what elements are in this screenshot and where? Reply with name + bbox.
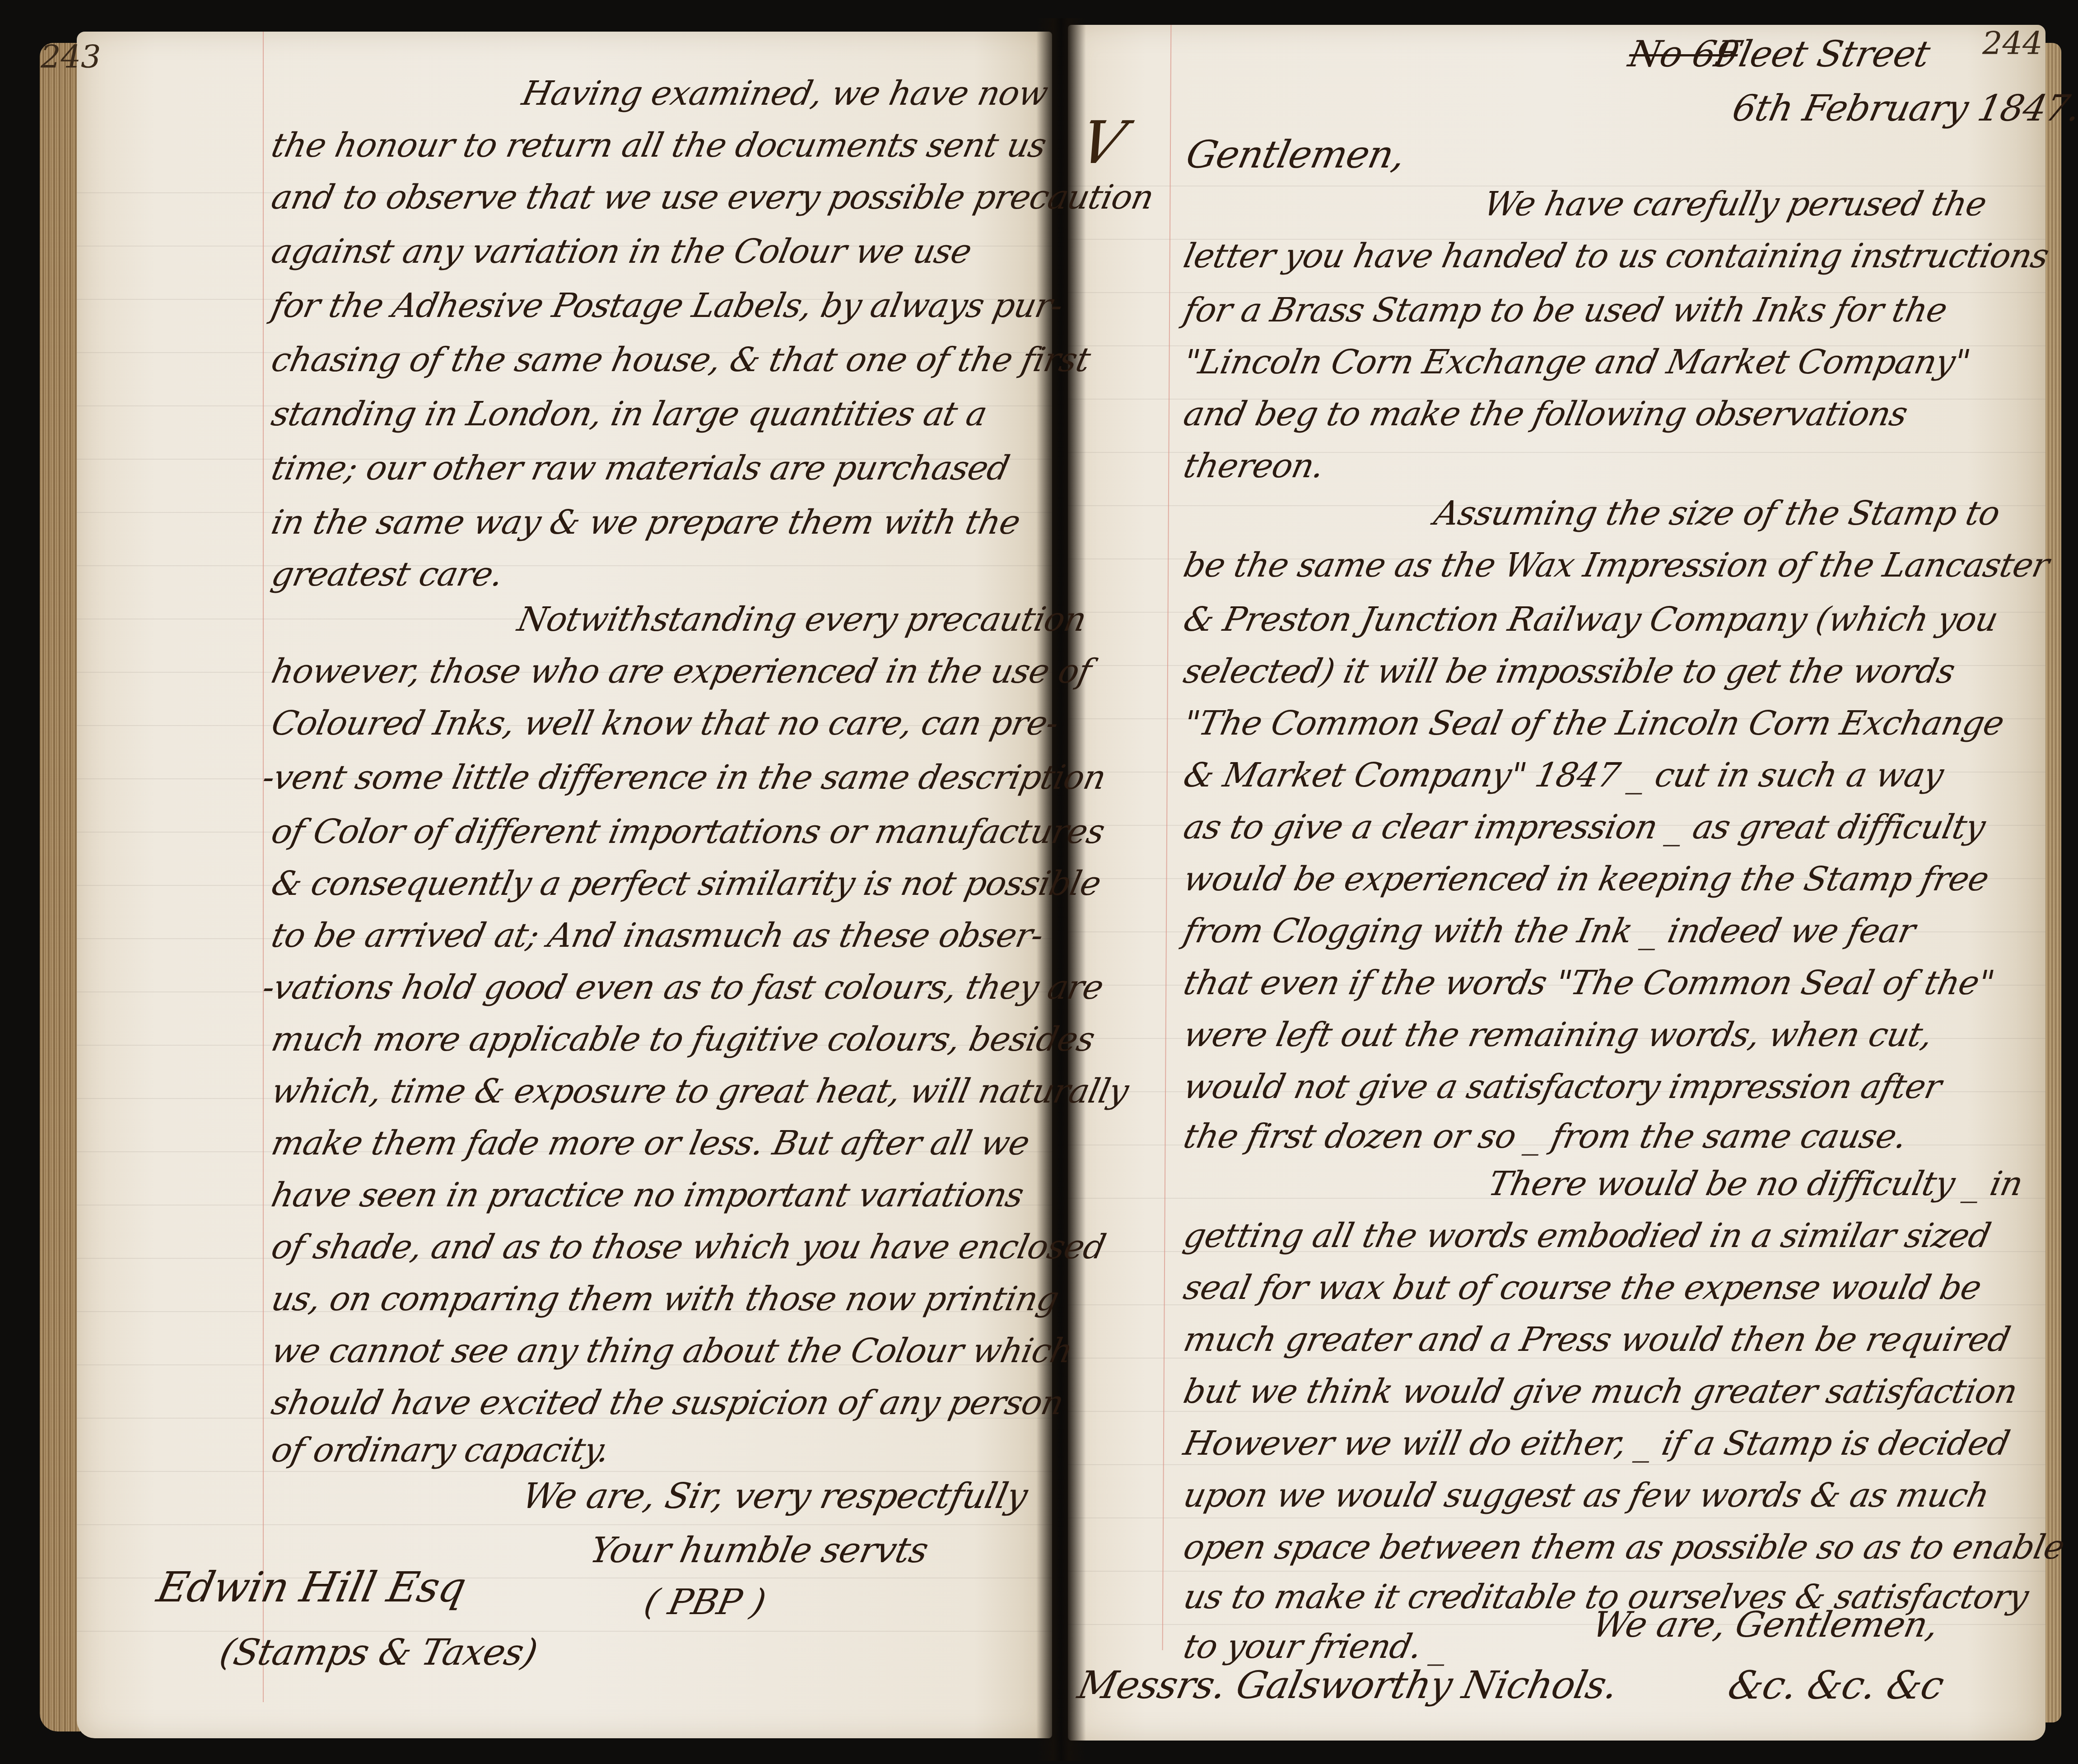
left-page-edge [40, 43, 80, 1731]
text-line: -vent some little difference in the same… [260, 761, 1109, 794]
text-line: "Lincoln Corn Exchange and Market Compan… [1181, 345, 1973, 379]
addressee-name: Edwin Hill Esq [154, 1567, 469, 1608]
text-line: should have excited the suspicion of any… [269, 1386, 1067, 1420]
text-line: "The Common Seal of the Lincoln Corn Exc… [1181, 707, 2007, 740]
text-line: and to observe that we use every possibl… [269, 181, 1156, 214]
salutation: Gentlemen, [1183, 135, 1408, 173]
text-line: that even if the words "The Common Seal … [1181, 966, 1997, 1000]
addressee-name: Messrs. Galsworthy Nichols. [1075, 1666, 1621, 1704]
text-line: seal for wax but of course the expense w… [1181, 1271, 1984, 1304]
text-line: greatest care. [269, 558, 506, 591]
text-line: standing in London, in large quantities … [269, 397, 990, 431]
signature-initials: ( PBP ) [641, 1585, 769, 1620]
text-line: of ordinary capacity. [269, 1434, 612, 1467]
text-line: from Clogging with the Ink _ indeed we f… [1181, 914, 1918, 948]
text-line: would be experienced in keeping the Stam… [1181, 862, 1991, 896]
text-line: Notwithstanding every precaution [515, 603, 1089, 636]
text-line: chasing of the same house, & that one of… [269, 343, 1093, 377]
text-line: which, time & exposure to great heat, wi… [269, 1075, 1131, 1108]
margin-rule [263, 32, 264, 1702]
text-line: make them fade more or less. But after a… [269, 1126, 1032, 1160]
text-line: for the Adhesive Postage Labels, by alwa… [269, 289, 1066, 322]
text-line: for a Brass Stamp to be used with Inks f… [1181, 293, 1950, 327]
text-line: of Color of different importations or ma… [269, 815, 1107, 848]
text-line: to be arrived at; And inasmuch as these … [269, 919, 1046, 952]
page-number-right: 244 [1982, 25, 2043, 62]
closing-line: &c. &c. &c [1725, 1666, 1947, 1705]
text-line: however, those who are experienced in th… [269, 655, 1094, 688]
text-line: would not give a satisfactory impression… [1181, 1070, 1944, 1103]
closing-line: We are, Gentlemen, [1589, 1607, 1941, 1643]
text-line: but we think would give much greater sat… [1181, 1375, 2020, 1408]
text-line: There would be no difficulty _ in [1486, 1167, 2026, 1201]
text-line: upon we would suggest as few words & as … [1181, 1479, 1992, 1512]
text-line: However we will do either, _ if a Stamp … [1181, 1427, 2013, 1460]
text-line: the honour to return all the documents s… [269, 129, 1049, 162]
text-line: in the same way & we prepare them with t… [269, 506, 1023, 539]
text-line: as to give a clear impression _ as great… [1181, 810, 1988, 844]
text-line: the first dozen or so _ from the same ca… [1181, 1120, 1910, 1153]
text-line: & consequently a perfect similarity is n… [269, 867, 1104, 900]
text-line: we cannot see any thing about the Colour… [269, 1334, 1075, 1368]
closing-line: Your humble servts [587, 1533, 931, 1568]
right-page-edge [2043, 43, 2061, 1722]
text-line: were left out the remaining words, when … [1181, 1018, 1935, 1052]
text-line: Coloured Inks, well know that no care, c… [269, 707, 1061, 740]
text-line: & Market Company" 1847 _ cut in such a w… [1181, 759, 1946, 792]
text-line: to your friend. _ [1181, 1630, 1451, 1663]
text-line: time; our other raw materials are purcha… [269, 451, 1012, 485]
text-line: selected) it will be impossible to get t… [1181, 655, 1957, 688]
text-line: against any variation in the Colour we u… [269, 235, 974, 268]
text-line: much greater and a Press would then be r… [1181, 1323, 2013, 1356]
text-line: -vations hold good even as to fast colou… [260, 971, 1106, 1004]
text-line: us, on comparing them with those now pri… [269, 1282, 1062, 1316]
text-line: be the same as the Wax Impression of the… [1181, 549, 2052, 582]
text-line: We have carefully perused the [1481, 187, 1989, 221]
text-line: getting all the words embodied in a simi… [1181, 1219, 1993, 1252]
text-line: have seen in practice no important varia… [269, 1178, 1026, 1212]
letter-address: Fleet Street [1711, 36, 1933, 72]
text-line: thereon. [1181, 449, 1327, 483]
text-line: open space between them as possible so a… [1181, 1531, 2067, 1564]
text-line: Assuming the size of the Stamp to [1431, 497, 2003, 530]
text-line: much more applicable to fugitive colours… [269, 1023, 1097, 1056]
page-number-left: 243 [41, 38, 101, 75]
text-line: letter you have handed to us containing … [1181, 239, 2051, 273]
text-line: & Preston Junction Railway Company (whic… [1181, 603, 2001, 636]
addressee-department: (Stamps & Taxes) [217, 1634, 540, 1671]
text-line: of shade, and as to those which you have… [269, 1230, 1108, 1264]
closing-line: We are, Sir, very respectfully [519, 1479, 1030, 1514]
text-line: Having examined, we have now [519, 77, 1051, 110]
letter-date: 6th February 1847. [1729, 90, 2078, 126]
text-line: and beg to make the following observatio… [1181, 397, 1910, 431]
